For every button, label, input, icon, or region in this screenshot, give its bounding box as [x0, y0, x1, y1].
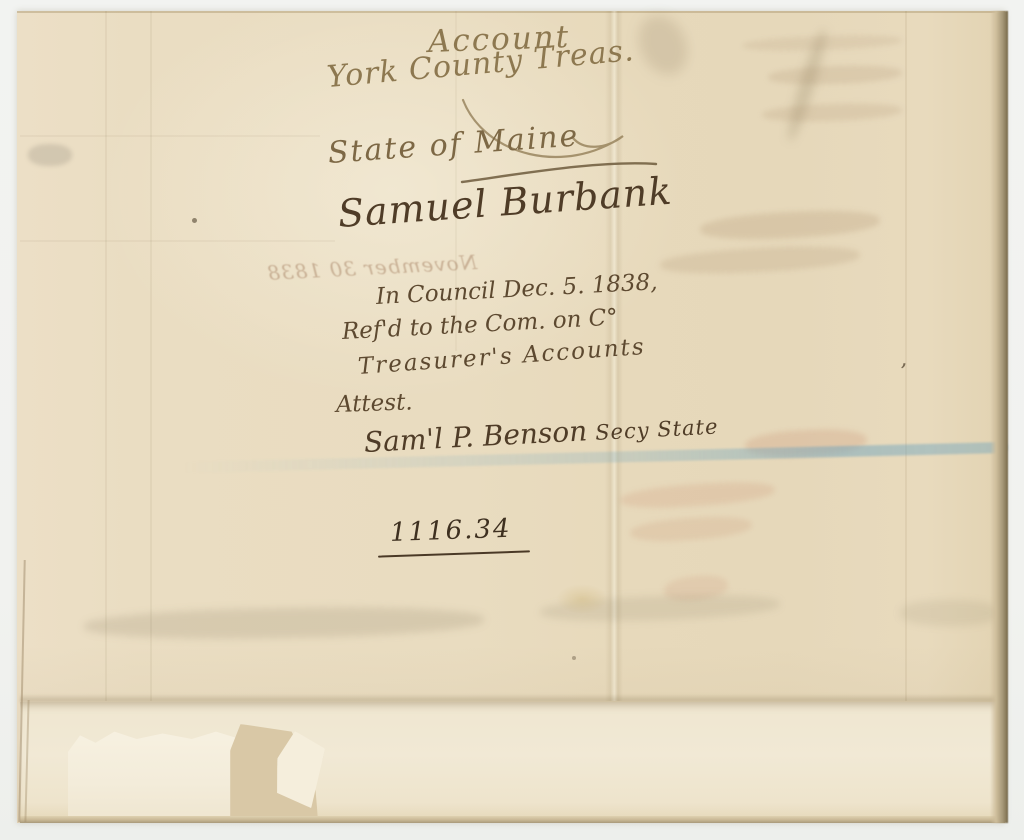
faint-vertical-line: [905, 11, 907, 701]
paper-top-edge: [17, 11, 1005, 13]
paper-bottom-edge: [20, 816, 1005, 823]
docket-amount: 1116.34: [389, 514, 512, 548]
faint-vertical-line: [150, 11, 152, 701]
faint-horizontal-line: [20, 240, 335, 242]
faint-horizontal-line: [20, 135, 320, 137]
scan-background: November 30 1838 Account York County Tre…: [0, 0, 1024, 840]
graphite-mark: [28, 144, 72, 166]
bleed-through-smudge: [900, 600, 1000, 626]
ink-speck: [572, 656, 576, 660]
attest-label: Attest.: [336, 389, 414, 418]
faint-vertical-line: [105, 11, 107, 701]
stain-spot: [556, 584, 608, 614]
ink-speck: [192, 218, 197, 223]
secretary-title: Secy State: [595, 414, 719, 444]
paper-right-edge: [990, 11, 1008, 823]
